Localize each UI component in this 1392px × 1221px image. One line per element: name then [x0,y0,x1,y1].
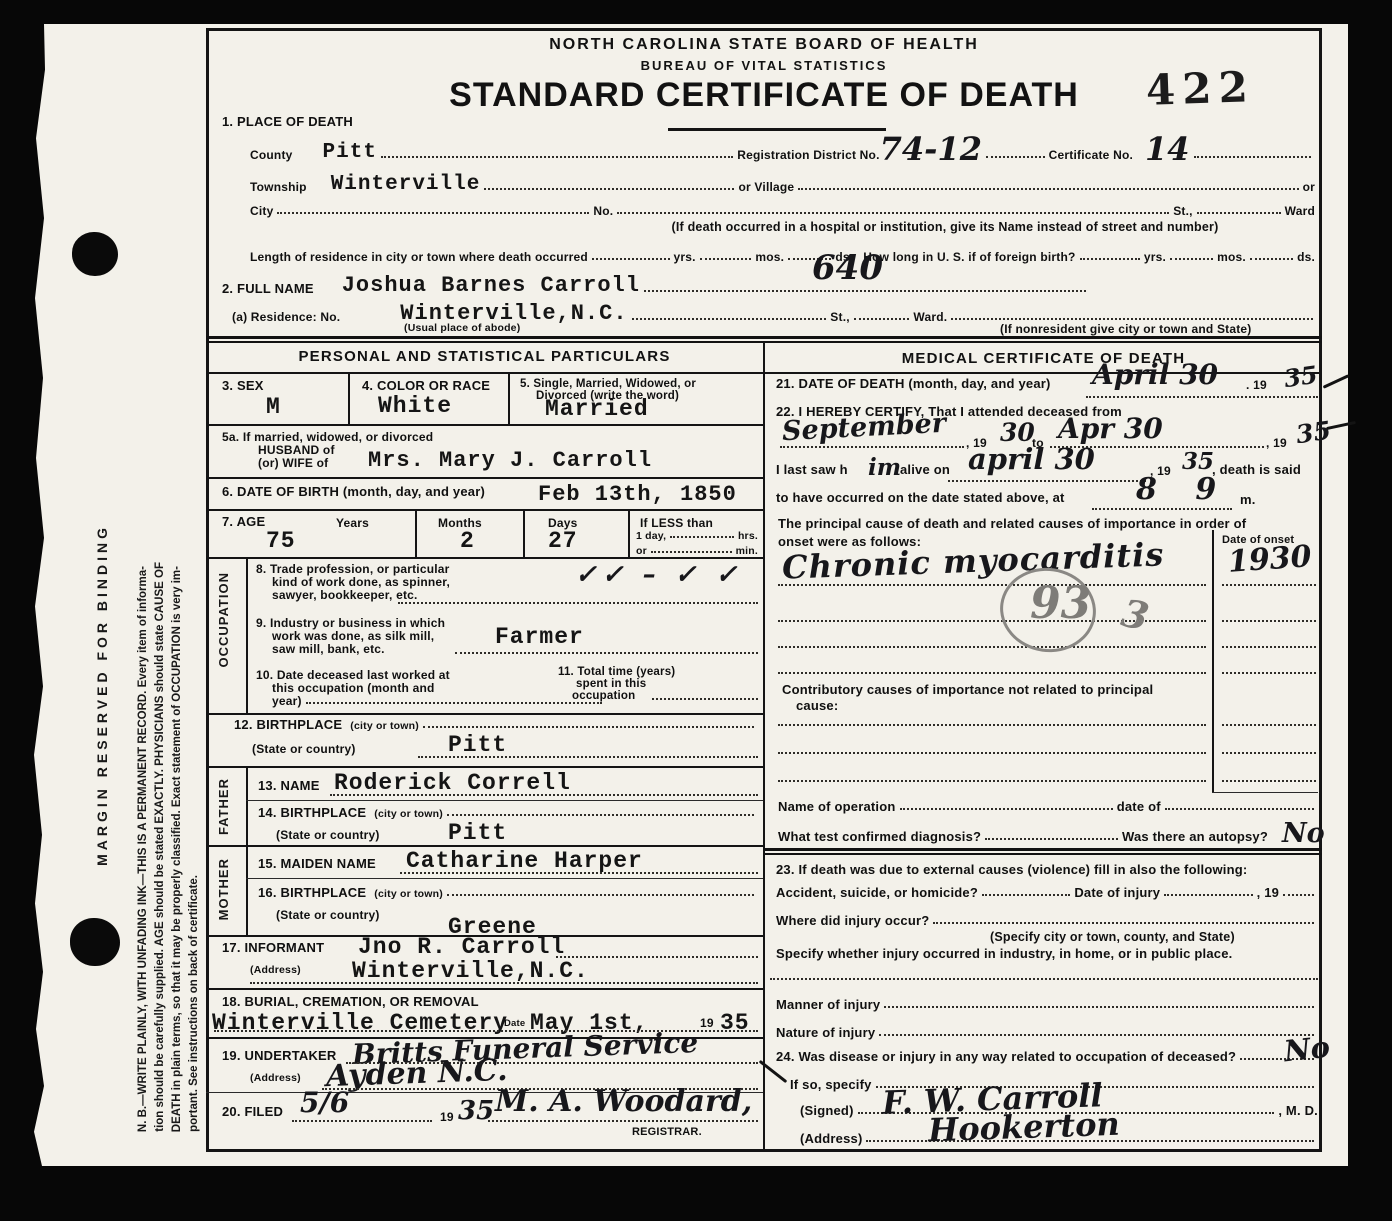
principal-cause-label-1: The principal cause of death and related… [778,516,1246,531]
registration-district-label: Registration District No. [737,148,879,162]
margin-binding-note: MARGIN RESERVED FOR BINDING [94,524,110,866]
trade-label-2: kind of work done, as spinner, [272,575,450,589]
race-value: White [378,393,452,419]
rule-line [933,921,1314,924]
rule-line [250,982,758,984]
rule-line [1212,792,1318,793]
total-time-label-1: 11. Total time (years) [558,666,675,678]
autopsy-label: Was there an autopsy? [1122,829,1268,844]
mother-birthplace-label: 16. BIRTHPLACE [258,885,366,900]
rule-line [1222,780,1316,782]
rule-line [1222,620,1316,622]
full-name-row: 2. FULL NAME Joshua Barnes Carroll [222,268,1090,296]
burial-year-value: 35 [720,1010,750,1036]
margin-nb-line3: DEATH in plain terms, so that it may be … [171,566,183,1132]
trade-label-3: sawyer, bookkeeper, etc. [272,588,418,602]
spouse-value: Mrs. Mary J. Carroll [368,448,652,473]
pencil-code-value: 93 [1030,578,1091,629]
residence-length-label: Length of residence in city or town wher… [250,250,588,264]
nature-label: Nature of injury [776,1025,875,1040]
test-row: What test confirmed diagnosis? Was there… [778,828,1268,844]
registrar-signature: M. A. Woodard, [495,1084,752,1119]
dob-label: 6. DATE OF BIRTH (month, day, and year) [222,484,485,499]
rule-line [455,652,758,654]
father-birthplace-label: 14. BIRTHPLACE [258,805,366,820]
punch-hole-top [72,232,118,276]
father-birthplace-value: Pitt [448,820,507,846]
where-injury-row: Where did injury occur? [776,912,1318,928]
last-worked-label-2: this occupation (month and [272,681,435,695]
city-label: City [250,204,273,218]
maiden-name-label: 15. MAIDEN NAME [258,856,376,871]
yrs-label: yrs. [1144,250,1166,264]
occupation-related-value: No [1282,1030,1331,1069]
rule-line [1164,893,1252,896]
rule-line [670,535,734,538]
residence-label: (a) Residence: No. [232,310,340,324]
street-no-label: No. [593,204,613,218]
rule-line [700,257,752,260]
accident-row: Accident, suicide, or homicide? Date of … [776,884,1318,900]
rule-line [447,893,754,896]
specify-where-label: Specify whether injury occurred in indus… [776,946,1232,961]
residence-row: (a) Residence: No. Winterville,N.C. St.,… [232,298,1317,324]
rule-line [1165,807,1314,810]
min-row: or min. [636,543,758,557]
birthplace-value: Pitt [448,732,507,758]
injury-19-label: , 19 [1257,885,1279,900]
industry-value: Farmer [495,624,584,650]
physician-address-label: (Address) [800,1131,862,1146]
mother-vertical-label: MOTHER [216,858,231,920]
rule-line [447,813,754,816]
undertaker-address-label: (Address) [250,1072,301,1084]
last-saw-him-hand: im [868,454,901,481]
physician-address-value: Hookerton [927,1105,1120,1150]
age-label: 7. AGE [222,514,265,529]
if-so-specify-label: If so, specify [790,1077,872,1092]
mos-label: mos. [755,250,784,264]
industry-label-2: work was done, as silk mill, [272,629,434,643]
birthplace-row: 12. BIRTHPLACE (city or town) [234,716,758,732]
year-19-label: 19 [440,1110,454,1124]
rule-line [884,1005,1314,1008]
state-or-country-note: (State or country) [276,908,380,922]
if-less-label-2: 1 day, [636,530,666,542]
rule-line [778,724,1206,726]
punch-hole-bottom [70,918,120,966]
time-of-death-value: 8 9 [1136,472,1230,507]
rule-line [1080,257,1140,260]
sex-value: M [266,394,281,420]
occupation-vertical-label: OCCUPATION [216,572,231,667]
yrs-label: yrs. [674,250,696,264]
rule-line [985,837,1118,840]
industry-label-3: saw mill, bank, etc. [272,642,385,656]
operation-date-label: date of [1117,799,1161,814]
min-label: min. [736,545,758,557]
alive-on-label: alive on [900,462,950,477]
rule-line [330,794,758,796]
cell-divider [348,374,350,424]
rule-line [1222,672,1316,674]
last-saw-label: I last saw h [776,462,848,477]
medical-section-header: MEDICAL CERTIFICATE OF DEATH [765,350,1322,367]
filed-label: 20. FILED [222,1104,283,1119]
date-of-death-value: April 30 [1092,358,1218,391]
state-or-country-note: (State or country) [276,828,380,842]
contributory-label-2: cause: [796,698,838,713]
rule-line [206,766,763,768]
year-19-label: , 19 [1266,436,1287,450]
rule-line [780,446,964,448]
occupation-related-label: 24. Was disease or injury in any way rel… [776,1049,1236,1064]
scanned-death-certificate: MARGIN RESERVED FOR BINDING N. B.—WRITE … [0,0,1392,1221]
township-value: Winterville [331,173,481,196]
rule-line [1250,257,1293,260]
rule-line [1194,155,1311,158]
date-of-death-label: 21. DATE OF DEATH (month, day, and year) [776,376,1051,391]
rule-line [484,187,734,190]
certificate-no-label: Certificate No. [1049,148,1133,162]
rule-line [879,1033,1314,1036]
contributory-label-1: Contributory causes of importance not re… [782,682,1153,697]
dob-value: Feb 13th, 1850 [538,482,737,507]
age-years-label: Years [336,516,369,530]
burial-place-value: Winterville Cemetery [212,1010,508,1036]
m-label: m. [1240,492,1256,507]
st-label: St., [1173,204,1192,218]
date-of-death-year: 35 [1282,360,1319,393]
occupation-strip-divider [246,557,248,713]
rule-line [986,155,1045,158]
rule-line [418,756,758,758]
father-birthplace-row: 14. BIRTHPLACE (city or town) [258,804,758,820]
filed-date-value: 5/6 [300,1086,349,1119]
rule-line [400,872,758,874]
residence-length-row: Length of residence in city or town wher… [250,244,1315,264]
rule-line [592,257,670,260]
rule-line [246,878,763,879]
rule-line [277,211,589,214]
rule-line [306,702,602,704]
rule-line [778,646,1206,648]
rule-line [381,155,733,158]
age-years-value: 75 [266,528,296,554]
last-worked-label-3: year) [272,694,302,708]
manner-label: Manner of injury [776,997,880,1012]
autopsy-value: No [1282,818,1325,849]
st-label: St., [830,310,849,324]
injury-date-label: Date of injury [1074,885,1160,900]
father-strip-divider [246,766,248,845]
registrar-label: REGISTRAR. [632,1126,702,1138]
rule-line [1222,724,1316,726]
trade-value-checks: ✓✓ – ✓ ✓ [575,560,742,590]
cell-divider [415,509,417,557]
industry-label-1: 9. Industry or business in which [256,616,445,630]
rule-line [778,584,1206,586]
s5a-label-1: 5a. If married, widowed, or divorced [222,430,433,444]
rule-line [617,211,1169,214]
rule-line [1086,396,1318,398]
birthplace-label: 12. BIRTHPLACE [234,717,342,732]
cell-divider [628,509,630,557]
occupation-related-row: 24. Was disease or injury in any way rel… [776,1048,1318,1064]
trade-label-1: 8. Trade profession, or particular [256,562,450,576]
rule-line [206,713,763,715]
occurred-at-label: to have occurred on the date stated abov… [776,490,1065,505]
full-name-value: Joshua Barnes Carroll [342,273,640,298]
rule-line [1197,211,1281,214]
marital-label-1: 5. Single, Married, Widowed, or [520,378,696,390]
last-saw-value: april 30 [968,442,1095,476]
informant-address-value: Winterville,N.C. [352,958,589,984]
last-worked-label-1: 10. Date deceased last worked at [256,668,450,682]
ward-label: Ward [1285,204,1315,218]
age-days-value: 27 [548,528,578,554]
mos-label: mos. [1217,250,1246,264]
manner-row: Manner of injury [776,996,1318,1012]
attended-to-value: Apr 30 [1058,412,1163,445]
cell-divider [508,374,510,424]
rule-line [206,988,763,990]
rule-line [652,698,758,700]
ward-label: Ward. [913,310,947,324]
hrs-label: hrs. [738,530,758,542]
or-label: or [1303,180,1315,194]
mother-birthplace-row: 16. BIRTHPLACE (city or town) [258,884,758,900]
informant-value: Jno R. Carroll [358,934,565,960]
hospital-note: (If death occurred in a hospital or inst… [560,220,1330,234]
or-village-label: or Village [738,180,794,194]
rule-line [206,424,763,426]
rule-line [982,893,1070,896]
rule-line [1222,752,1316,754]
undertaker-label: 19. UNDERTAKER [222,1048,337,1063]
attended-to-year: 35 [1294,416,1332,450]
rule-line [765,848,1322,855]
city-or-town-note: (city or town) [374,808,443,820]
year-19-label: 19 [700,1016,714,1030]
age-months-value: 2 [460,528,475,554]
margin-nb-line1: N. B.—WRITE PLAINLY, WITH UNFADING INK—T… [137,566,149,1132]
rule-line [951,317,1313,320]
margin-nb-line4: portant. See instructions on back of cer… [188,875,200,1132]
cell-divider [523,509,525,557]
rule-line [1222,584,1316,586]
registration-district-value: 74-12 [880,130,982,168]
accident-label: Accident, suicide, or homicide? [776,885,978,900]
rule-line [1170,257,1213,260]
father-vertical-label: FATHER [216,778,231,835]
burial-label: 18. BURIAL, CREMATION, OR REMOVAL [222,994,479,1009]
total-time-label-2: spent in this [576,678,646,690]
rule-line [770,978,1318,980]
burial-date-label: Date [504,1018,525,1029]
rule-line [246,800,763,801]
year-19-label: . 19 [1246,378,1267,392]
nature-row: Nature of injury [776,1024,1318,1040]
father-name-value: Roderick Correll [334,770,571,796]
specify-city-note: (Specify city or town, county, and State… [990,930,1235,944]
county-row: County Pitt Registration District No. 74… [250,136,1315,162]
county-label: County [250,148,293,162]
informant-address-label: (Address) [250,964,301,976]
township-label: Township [250,180,307,194]
onset-column-divider [1212,530,1214,792]
s5a-label-2: HUSBAND of [258,443,335,457]
sex-label: 3. SEX [222,378,264,393]
rule-line [1283,893,1314,896]
full-name-label: 2. FULL NAME [222,281,314,296]
s5a-label-3: (or) WIFE of [258,456,328,470]
rule-line [1092,508,1232,510]
county-value: Pitt [323,141,377,164]
abode-note: (Usual place of abode) [404,322,520,334]
race-label: 4. COLOR OR RACE [362,378,490,393]
informant-label: 17. INFORMANT [222,940,324,955]
rule-line [900,807,1113,810]
signed-label: (Signed) [800,1103,854,1118]
hrs-row: 1 day, hrs. [636,528,758,542]
rule-line [398,602,758,604]
mother-strip-divider [246,845,248,935]
full-name-annotation: 640 [812,248,883,288]
rule-line [651,550,732,553]
operation-label: Name of operation [778,799,896,814]
test-label: What test confirmed diagnosis? [778,829,981,844]
rule-line [778,752,1206,754]
foreign-birth-label: How long in U. S. if of foreign birth? [863,250,1075,264]
md-label: , M. D. [1278,1103,1318,1118]
rule-line [854,317,910,320]
last-saw-year: 35 [1182,448,1214,475]
operation-row: Name of operation date of [778,798,1318,814]
state-or-country-note: (State or country) [252,742,356,756]
township-row: Township Winterville or Village or [250,168,1315,194]
where-injury-label: Where did injury occur? [776,913,929,928]
rule-line [1222,646,1316,648]
rule-line [206,845,763,847]
city-row: City No. St., Ward [250,198,1315,218]
margin-nb-line2: tion should be carefully supplied. AGE s… [154,562,166,1132]
rule-line [206,477,763,479]
rule-line [423,725,754,728]
stamp-number: 422 [1145,62,1255,115]
place-of-death-label: 1. PLACE OF DEATH [222,114,353,129]
rule-line [206,509,763,511]
rule-line [632,317,827,320]
rule-line [798,187,1298,190]
father-name-label: 13. NAME [258,778,320,793]
or-label: or [636,545,647,557]
certificate-no-value: 14 [1145,130,1190,168]
rule-line [644,289,1086,292]
rule-line [778,780,1206,782]
rule-line [948,480,1146,482]
column-divider [763,342,765,1152]
rule-line [488,1120,758,1122]
personal-section-header: PERSONAL AND STATISTICAL PARTICULARS [206,348,763,365]
rule-under-title [668,128,886,131]
rule-line [778,672,1206,674]
rule-line [206,557,763,559]
ds-label: ds. [1297,250,1315,264]
marital-value: Married [545,396,649,422]
external-causes-label: 23. If death was due to external causes … [776,862,1247,877]
nonresident-note: (If nonresident give city or town and St… [1000,322,1252,336]
date-of-onset-value: 1930 [1227,539,1313,580]
board-title: NORTH CAROLINA STATE BOARD OF HEALTH [206,36,1322,54]
city-or-town-note: (city or town) [374,888,443,900]
total-time-label-3: occupation [572,690,635,702]
maiden-name-value: Catharine Harper [406,848,643,874]
city-or-town-note: (city or town) [350,720,419,732]
rule-line [292,1120,432,1122]
